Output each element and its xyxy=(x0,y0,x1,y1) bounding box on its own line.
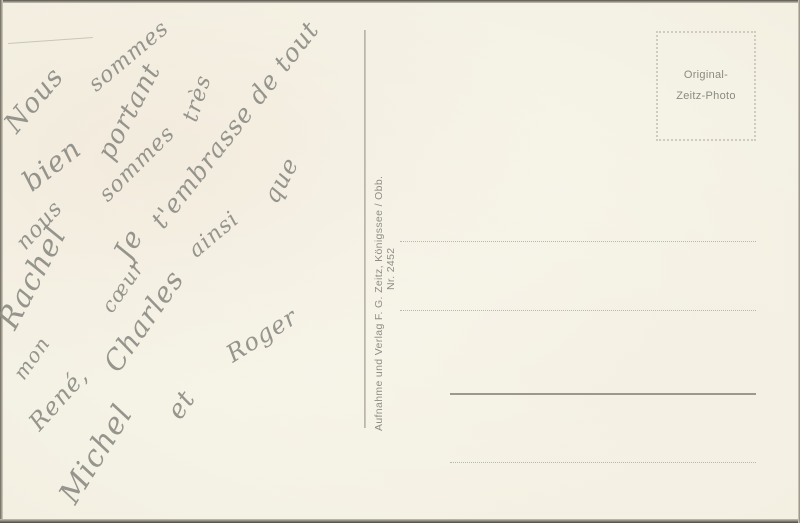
hw-word-bien: bien xyxy=(16,132,88,198)
hw-word-charles: Charles xyxy=(97,264,191,378)
stamp-box-line1: Original- xyxy=(684,65,728,86)
address-line-4 xyxy=(450,462,756,463)
card-edge-left xyxy=(0,0,3,523)
pencil-mark xyxy=(8,37,93,44)
address-line-2 xyxy=(400,310,756,311)
handwritten-message: Nous sommes bien portant nous sommes trè… xyxy=(0,0,360,523)
hw-word-rene: René, xyxy=(23,362,94,436)
card-edge-top xyxy=(0,0,800,3)
stamp-box-line2: Zeitz-Photo xyxy=(676,86,736,107)
hw-word-rachel: Rachel xyxy=(0,221,74,335)
photo-number: Nr. 2452 xyxy=(385,176,397,431)
hw-word-sommes-1: sommes xyxy=(84,16,174,97)
hw-word-roger: Roger xyxy=(221,303,302,368)
address-line-1 xyxy=(400,241,756,242)
publisher-line: Aufnahme und Verlag F. G. Zeitz, Königss… xyxy=(373,176,385,431)
hw-word-sommes-2: sommes xyxy=(94,121,180,207)
hw-word-je: Je xyxy=(107,223,150,265)
postcard-back: Nous sommes bien portant nous sommes trè… xyxy=(0,0,800,523)
hw-word-nous-2: nous xyxy=(11,196,68,255)
card-edge-bottom xyxy=(0,519,800,523)
hw-word-nous: Nous xyxy=(0,62,70,139)
hw-word-tembrasse-de-tout: t'embrasse de tout xyxy=(145,15,325,234)
hw-word-michel: Michel xyxy=(52,398,140,510)
center-divider xyxy=(364,30,366,428)
address-line-3 xyxy=(450,393,756,395)
hw-word-ainsi: ainsi xyxy=(184,207,244,263)
stamp-box: Original- Zeitz-Photo xyxy=(656,31,756,141)
hw-word-tres: très xyxy=(178,72,217,125)
hw-word-portant: portant xyxy=(92,58,168,165)
hw-word-et: et xyxy=(161,385,202,425)
publisher-imprint: Aufnahme und Verlag F. G. Zeitz, Königss… xyxy=(373,176,397,431)
hw-word-mon: mon xyxy=(8,332,55,384)
hw-word-coeur: cœur xyxy=(96,256,149,317)
hw-word-que: que xyxy=(257,152,304,208)
